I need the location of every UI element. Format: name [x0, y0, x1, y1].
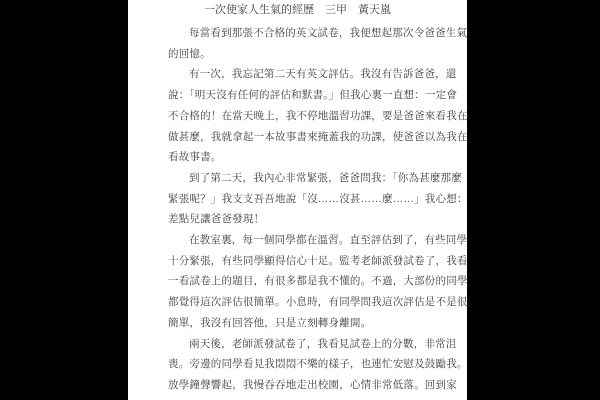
document-title: 一次使家人生氣的經歷: [204, 3, 314, 18]
text-line: 喪。旁邊的同學看見我悶悶不樂的樣子，也連忙安慰及鼓勵我。: [168, 354, 465, 375]
letterbox-right: [467, 0, 600, 400]
text-line: 不合格的！在當天晚上，我不停地溫習功課，要是爸爸來看我在: [168, 106, 465, 127]
text-line: 到了第二天，我內心非常緊張，爸爸問我：「你為甚麼那麼: [168, 168, 465, 189]
document-class: 三甲: [325, 3, 347, 18]
text-line: 每當看到那張不合格的英文試卷，我便想起那次令爸爸生氣: [168, 23, 465, 44]
text-line: 在教室裏，每一個同學都在溫習。直至評估到了，有些同學: [168, 230, 465, 251]
text-line: 差點兒讓爸爸發現！: [168, 209, 465, 230]
document-page: 一次使家人生氣的經歷 三甲 黃天嵐 每當看到那張不合格的英文試卷，我便想起那次令…: [128, 0, 467, 400]
text-line: 兩天後，老師派發試卷了，我看見試卷上的分數，非常沮: [168, 334, 465, 355]
text-line: 做甚麼，我就拿起一本故事書來掩蓋我的功課，使爸爸以為我在: [168, 127, 465, 148]
letterbox-left: [0, 0, 128, 400]
text-line: 緊張呢？」我支支吾吾地說「沒……沒甚……麼……」我心想：: [168, 189, 465, 210]
text-line: 都覺得這次評估很簡單。小息時，有同學問我這次評估是不是很: [168, 292, 465, 313]
text-line: 放學鐘聲響起，我慢吞吞地走出校園，心情非常低落。回到家: [168, 375, 465, 396]
text-line: 看故事書。: [168, 147, 465, 168]
text-line: 的回憶。: [168, 44, 465, 65]
document-title-row: 一次使家人生氣的經歷 三甲 黃天嵐: [128, 3, 467, 18]
viewer-stage: 一次使家人生氣的經歷 三甲 黃天嵐 每當看到那張不合格的英文試卷，我便想起那次令…: [0, 0, 600, 400]
text-line: 一看試卷上的題目，有很多都是我不懂的。不過，大部份的同學: [168, 271, 465, 292]
text-line: 說：「明天沒有任何的評估和默書。」但我心裏一直想：一定會: [168, 85, 465, 106]
text-line: 簡單，我沒有回答他，只是立刻轉身離開。: [168, 313, 465, 334]
document-lines: 每當看到那張不合格的英文試卷，我便想起那次令爸爸生氣的回憶。有一次，我忘記第二天…: [168, 23, 465, 396]
text-line: 十分緊張，有些同學顯得信心十足。監考老師派發試卷了，我看: [168, 251, 465, 272]
text-line: 有一次，我忘記第二天有英文評估。我沒有告訴爸爸，還: [168, 64, 465, 85]
document-author: 黃天嵐: [358, 3, 391, 18]
